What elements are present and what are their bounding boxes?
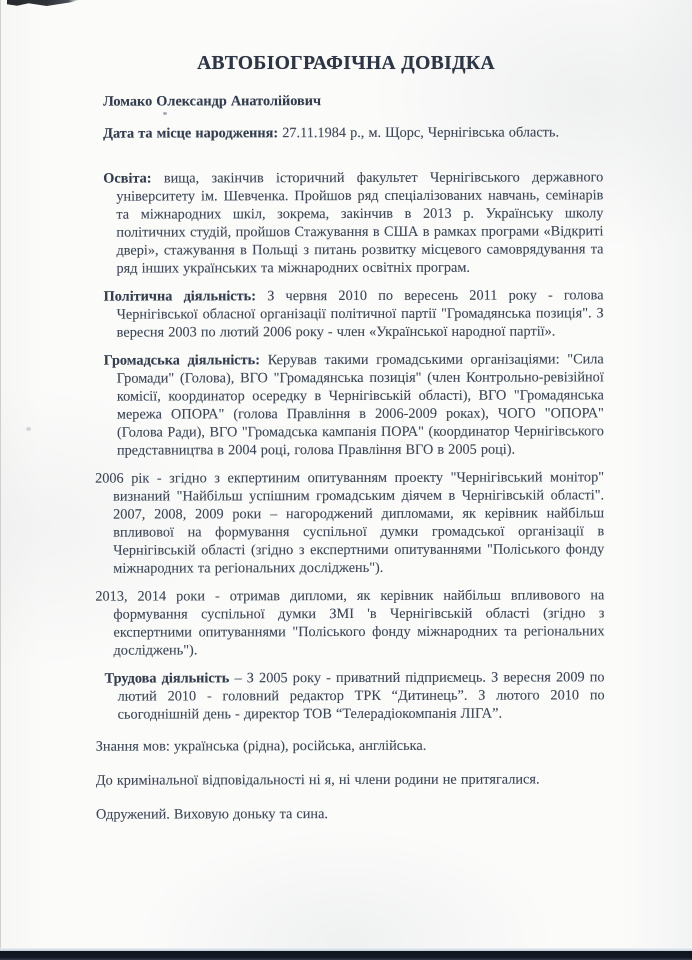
section-political-activity: Політична діяльність: З червня 2010 по в…	[104, 286, 604, 341]
section-civic-activity-label: Громадська діяльність:	[104, 352, 260, 368]
criminal-record-line: До кримінальної відповідальності ні я, н…	[96, 770, 605, 789]
section-education: Освіта: вища, закінчив історичний факуль…	[103, 168, 603, 277]
birth-line: Дата та місце народження: 27.11.1984 р.,…	[103, 123, 603, 142]
section-awards-2013: 2013, 2014 роки - отримав дипломи, як ке…	[95, 586, 604, 659]
section-work-activity: Трудова діяльність – З 2005 року - прива…	[105, 668, 605, 723]
birth-value: 27.11.1984 р., м. Щорс, Чернігівська обл…	[282, 124, 559, 141]
ink-speck	[26, 427, 31, 431]
family-status-line: Одружений. Виховую доньку та сина.	[96, 804, 605, 823]
section-political-activity-label: Політична діяльність:	[104, 288, 256, 304]
document-title: АВТОБІОГРАФІЧНА ДОВІДКА	[0, 53, 692, 75]
scan-smudge-artifact	[7, 0, 79, 6]
birth-label: Дата та місце народження:	[103, 125, 278, 141]
section-education-text: вища, закінчив історичний факультет Черн…	[116, 169, 603, 276]
section-awards-2006-text: 2006 рік - згідно з екпертиним опитуванн…	[95, 469, 604, 576]
languages-line: Знання мов: українська (рідна), російськ…	[96, 736, 605, 755]
document-body: Ломако Олександр Анатолійович Дата та мі…	[103, 91, 605, 823]
person-name: Ломако Олександр Анатолійович	[103, 91, 603, 110]
section-awards-2013-text: 2013, 2014 роки - отримав дипломи, як ке…	[95, 587, 604, 658]
section-work-activity-label: Трудова діяльність	[105, 670, 230, 686]
section-education-label: Освіта:	[103, 171, 151, 187]
closing-block: Знання мов: українська (рідна), російськ…	[96, 736, 605, 823]
scan-edge-bottom	[0, 951, 692, 960]
section-awards-2006: 2006 рік - згідно з екпертиним опитуванн…	[95, 468, 604, 577]
section-civic-activity: Громадська діяльність: Керував такими гр…	[104, 350, 604, 459]
scanned-document-page: АВТОБІОГРАФІЧНА ДОВІДКА Ломако Олександр…	[0, 0, 692, 960]
